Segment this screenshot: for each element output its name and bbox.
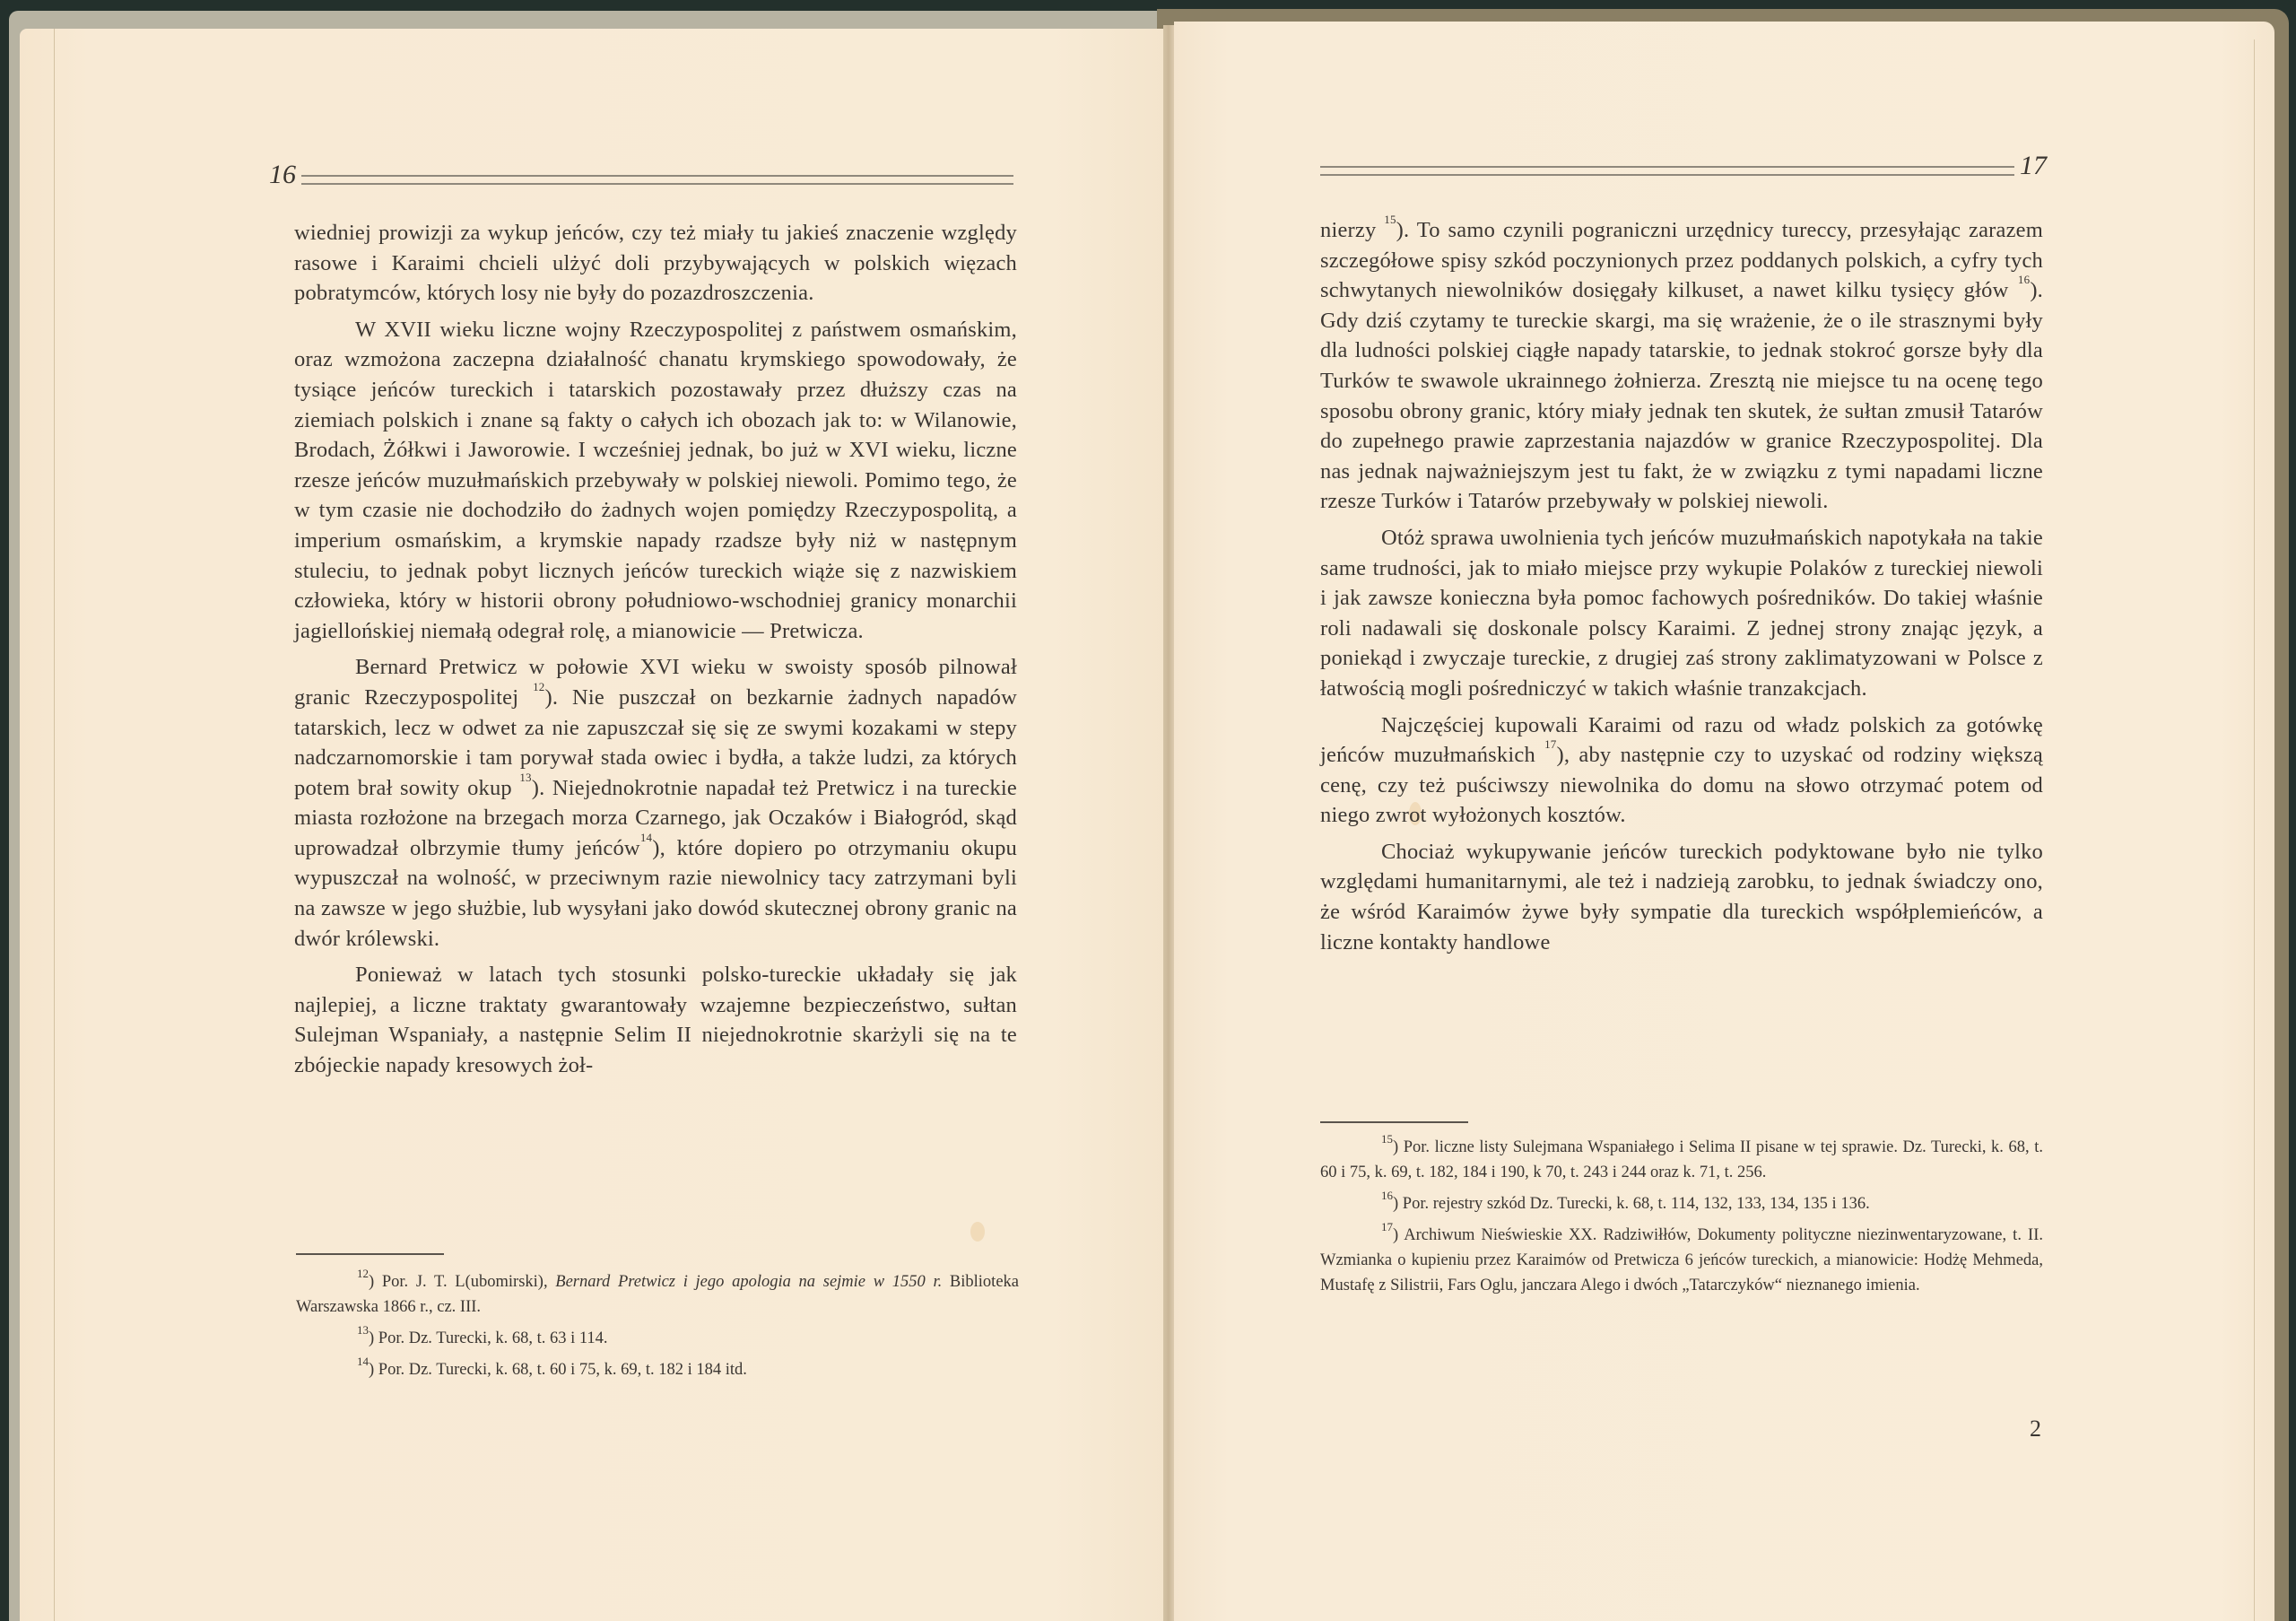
right-body-text: nierzy 15). To samo czynili pograniczni … (1320, 215, 2043, 957)
footnote: 12) Por. J. T. L(ubomirski), Bernard Pre… (296, 1269, 1019, 1320)
footnote-number: 14 (357, 1355, 369, 1368)
paragraph: wiedniej prowizji za wykup jeńców, czy t… (294, 218, 1017, 309)
left-footnotes: 12) Por. J. T. L(ubomirski), Bernard Pre… (296, 1269, 1019, 1389)
footnote-number: 17 (1381, 1220, 1393, 1233)
paragraph: Otóż sprawa uwolnienia tych jeńców muzuł… (1320, 523, 2043, 704)
footnote: 16) Por. rejestry szkód Dz. Turecki, k. … (1320, 1191, 2043, 1216)
paper-stain (970, 1222, 985, 1242)
page-number: 17 (2020, 153, 2047, 179)
paragraph: Chociaż wykupywanie jeńców tureckich pod… (1320, 837, 2043, 957)
text-run: ). Gdy dziś czytamy te tureckie skargi, … (1320, 278, 2043, 513)
footnote-separator (1320, 1121, 1468, 1123)
text-run: ). To samo czynili pograniczni urzędnicy… (1320, 218, 2043, 302)
footnote-reference: 15 (1384, 213, 1396, 226)
page-number: 16 (269, 161, 296, 188)
footnote-title: Bernard Pretwicz i jego apologia na sejm… (555, 1273, 942, 1291)
left-running-header: 16 (269, 161, 1013, 188)
right-running-header: 17 (1320, 153, 2047, 179)
footnote-reference: 17 (1544, 737, 1556, 751)
paragraph: Ponieważ w latach tych stosunki polsko-t… (294, 960, 1017, 1080)
footnote-text: Archiwum Nieświeskie XX. Radziwiłłów, Do… (1320, 1226, 2043, 1294)
paragraph: Najczęściej kupowali Karaimi od razu od … (1320, 710, 2043, 831)
text-run: nierzy (1320, 218, 1384, 242)
footnote-reference: 12 (533, 680, 544, 693)
footnote-reference: 13 (519, 771, 531, 784)
footnote-number: 12 (357, 1267, 369, 1280)
right-footnotes: 15) Por. liczne listy Sulejmana Wspaniał… (1320, 1135, 2043, 1304)
paragraph: Bernard Pretwicz w połowie XVI wieku w s… (294, 652, 1017, 954)
footnote-text: Por. Dz. Turecki, k. 68, t. 63 i 114. (378, 1329, 608, 1347)
header-double-rule (1320, 166, 2014, 176)
footnote-text: Por. J. T. L(ubomirski), (382, 1273, 555, 1291)
footnote-text: Por. Dz. Turecki, k. 68, t. 60 i 75, k. … (378, 1361, 747, 1379)
paragraph: nierzy 15). To samo czynili pograniczni … (1320, 215, 2043, 517)
book-gutter (1163, 25, 1174, 1621)
footnote-number: 16 (1381, 1189, 1393, 1202)
footnote-reference: 14 (640, 831, 652, 844)
footnote-text: Por. liczne listy Sulejmana Wspaniałego … (1320, 1138, 2043, 1181)
footnote: 17) Archiwum Nieświeskie XX. Radziwiłłów… (1320, 1223, 2043, 1298)
paragraph: W XVII wieku liczne wojny Rzeczypospolit… (294, 315, 1017, 647)
signature-mark: 2 (2030, 1416, 2041, 1442)
footnote-text: Por. rejestry szkód Dz. Turecki, k. 68, … (1403, 1195, 1870, 1213)
left-body-text: wiedniej prowizji za wykup jeńców, czy t… (294, 218, 1017, 1081)
right-page-fold-line (2254, 39, 2255, 1621)
footnote-reference: 16 (2018, 273, 2030, 286)
footnote-separator (296, 1253, 444, 1255)
footnote: 15) Por. liczne listy Sulejmana Wspaniał… (1320, 1135, 2043, 1185)
footnote: 14) Por. Dz. Turecki, k. 68, t. 60 i 75,… (296, 1357, 1019, 1382)
footnote: 13) Por. Dz. Turecki, k. 68, t. 63 i 114… (296, 1326, 1019, 1351)
footnote-number: 13 (357, 1323, 369, 1337)
left-page-fold-line (54, 29, 55, 1621)
header-double-rule (301, 175, 1013, 185)
footnote-number: 15 (1381, 1132, 1393, 1146)
